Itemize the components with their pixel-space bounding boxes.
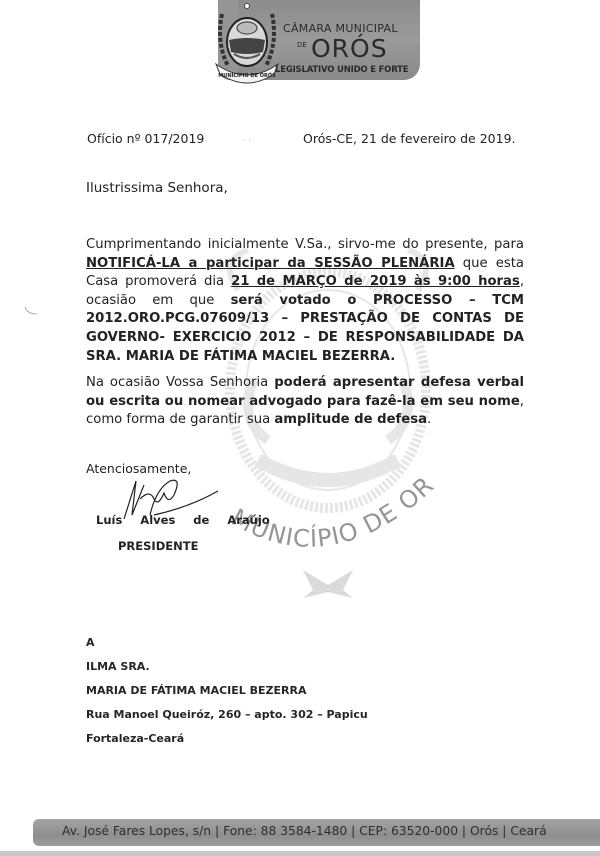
recipient-title: ILMA SRA. — [86, 660, 150, 673]
municipal-crest-icon: MUNICÍPIO DE ORÓS — [212, 2, 282, 88]
recipient-name: MARIA DE FÁTIMA MACIEL BEZERRA — [86, 684, 306, 697]
recipient-address: Rua Manoel Queiróz, 260 – apto. 302 – Pa… — [86, 708, 368, 721]
letter-paragraph-notification: Cumprimentando inicialmente V.Sa., sirvo… — [86, 236, 524, 366]
letter-reference: Ofício nº 017/2019 — [87, 130, 204, 148]
recipient-city: Fortaleza-Ceará — [86, 732, 184, 745]
notification-emphasis: NOTIFICÁ-LA a participar da SESSÃO PLENÁ… — [86, 256, 455, 271]
amplitude-emphasis: amplitude de defesa — [274, 412, 427, 427]
recipient-prefix: A — [86, 636, 95, 649]
signer-name: Luís Alves de Araújo — [96, 511, 270, 529]
header-city-name: ORÓS — [311, 36, 388, 61]
header-de-label: DE — [297, 41, 307, 49]
scan-bottom-edge — [0, 851, 600, 856]
letter-salutation: Ilustrissima Senhora, — [86, 179, 228, 197]
header-motto: LEGISLATIVO UNIDO E FORTE — [275, 65, 408, 75]
scan-artifact: · · — [243, 132, 251, 150]
scan-artifact-mark — [24, 306, 38, 316]
svg-text:MUNICÍPIO DE ORÓS: MUNICÍPIO DE ORÓS — [218, 71, 276, 79]
letter-paragraph-defense: Na ocasião Vossa Senhoria poderá apresen… — [86, 374, 524, 430]
footer-contact-info: Av. José Fares Lopes, s/n | Fone: 88 358… — [62, 824, 547, 838]
session-date-emphasis: 21 de MARÇO de 2019 às 9:00 horas — [231, 274, 520, 289]
letter-place-date: Orós-CE, 21 de fevereiro de 2019. — [303, 130, 516, 148]
document-page: MUNICÍPIO DE ORÓS MUNICÍPIO DE ORÓS CÂMA… — [0, 0, 600, 856]
signer-title: PRESIDENTE — [118, 537, 198, 555]
